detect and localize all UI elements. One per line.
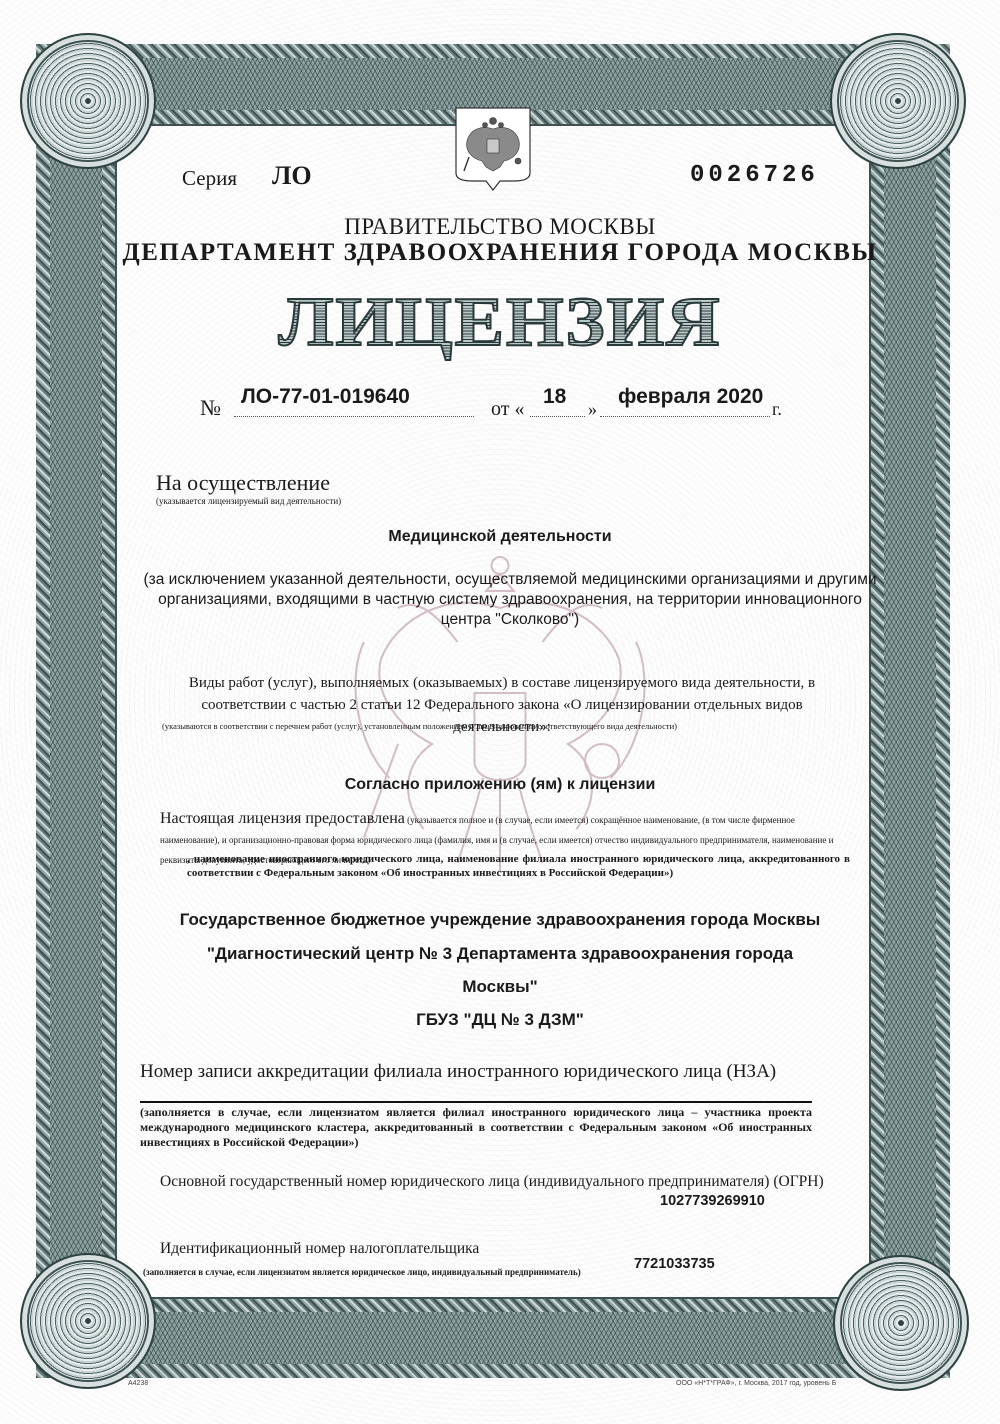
date-day: 18 — [543, 385, 566, 409]
licensee-name-line-3: Москвы" — [0, 977, 1000, 997]
inn-value: 7721033735 — [634, 1256, 715, 1272]
licensee-hint-extension: , наименование иностранного юридического… — [187, 852, 850, 880]
nza-underline — [140, 1101, 812, 1103]
series-value: ЛО — [272, 161, 312, 191]
nza-hint: (заполняется в случае, если лицензиатом … — [140, 1105, 812, 1150]
printer-imprint: ООО «Н*Т*ГРАФ», г. Москва, 2017 год, уро… — [676, 1380, 836, 1387]
activity-value: Медицинской деятельности — [0, 528, 1000, 546]
corner-rosette-icon — [20, 1253, 156, 1389]
number-sign: № — [200, 395, 221, 421]
corner-rosette-icon — [833, 1255, 969, 1391]
date-quote-close: » — [588, 399, 597, 420]
date-month-year: февраля 2020 — [618, 385, 763, 409]
licensee-label: Настоящая лицензия предоставлена — [160, 810, 405, 827]
month-underline — [600, 416, 770, 417]
corner-rosette-icon — [20, 33, 156, 169]
date-prefix: от « — [491, 398, 524, 421]
licensee-short-name: ГБУЗ "ДЦ № 3 ДЗМ" — [0, 1010, 1000, 1030]
series-label: Серия — [182, 166, 237, 191]
border-band-bottom — [120, 1312, 866, 1364]
activity-label: На осуществление — [156, 470, 330, 496]
ogrn-label: Основной государственный номер юридическ… — [160, 1173, 824, 1191]
russian-coat-of-arms-icon — [452, 105, 534, 193]
day-underline — [530, 416, 585, 417]
activity-exception: (за исключением указанной деятельности, … — [140, 570, 880, 630]
corner-rosette-icon — [830, 33, 966, 169]
licensee-name-line-1: Государственное бюджетное учреждение здр… — [0, 910, 1000, 930]
ogrn-value: 1027739269910 — [660, 1193, 765, 1209]
issuer-department: ДЕПАРТАМЕНТ ЗДРАВООХРАНЕНИЯ ГОРОДА МОСКВ… — [0, 239, 1000, 267]
licensee-name-line-2: "Диагностический центр № 3 Департамента … — [0, 944, 1000, 964]
inn-hint: (заполняется в случае, если лицензиатом … — [143, 1267, 581, 1277]
form-number: 0026726 — [690, 162, 819, 189]
year-suffix: г. — [772, 399, 782, 420]
number-underline — [234, 416, 474, 417]
activity-hint: (указывается лицензируемый вид деятельно… — [156, 496, 341, 506]
document-title: ЛИЦЕНЗИЯ — [0, 282, 1000, 363]
inn-label: Идентификационный номер налогоплательщик… — [160, 1240, 479, 1258]
license-number: ЛО-77-01-019640 — [241, 385, 410, 409]
works-hint: (указываются в соответствии с перечнем р… — [162, 721, 842, 731]
issuer-government: ПРАВИТЕЛЬСТВО МОСКВЫ — [0, 214, 1000, 240]
works-value: Согласно приложению (ям) к лицензии — [0, 776, 1000, 794]
border-band-top — [120, 58, 866, 110]
nza-label: Номер записи аккредитации филиала иностр… — [140, 1061, 776, 1083]
form-code: А4238 — [128, 1380, 148, 1387]
